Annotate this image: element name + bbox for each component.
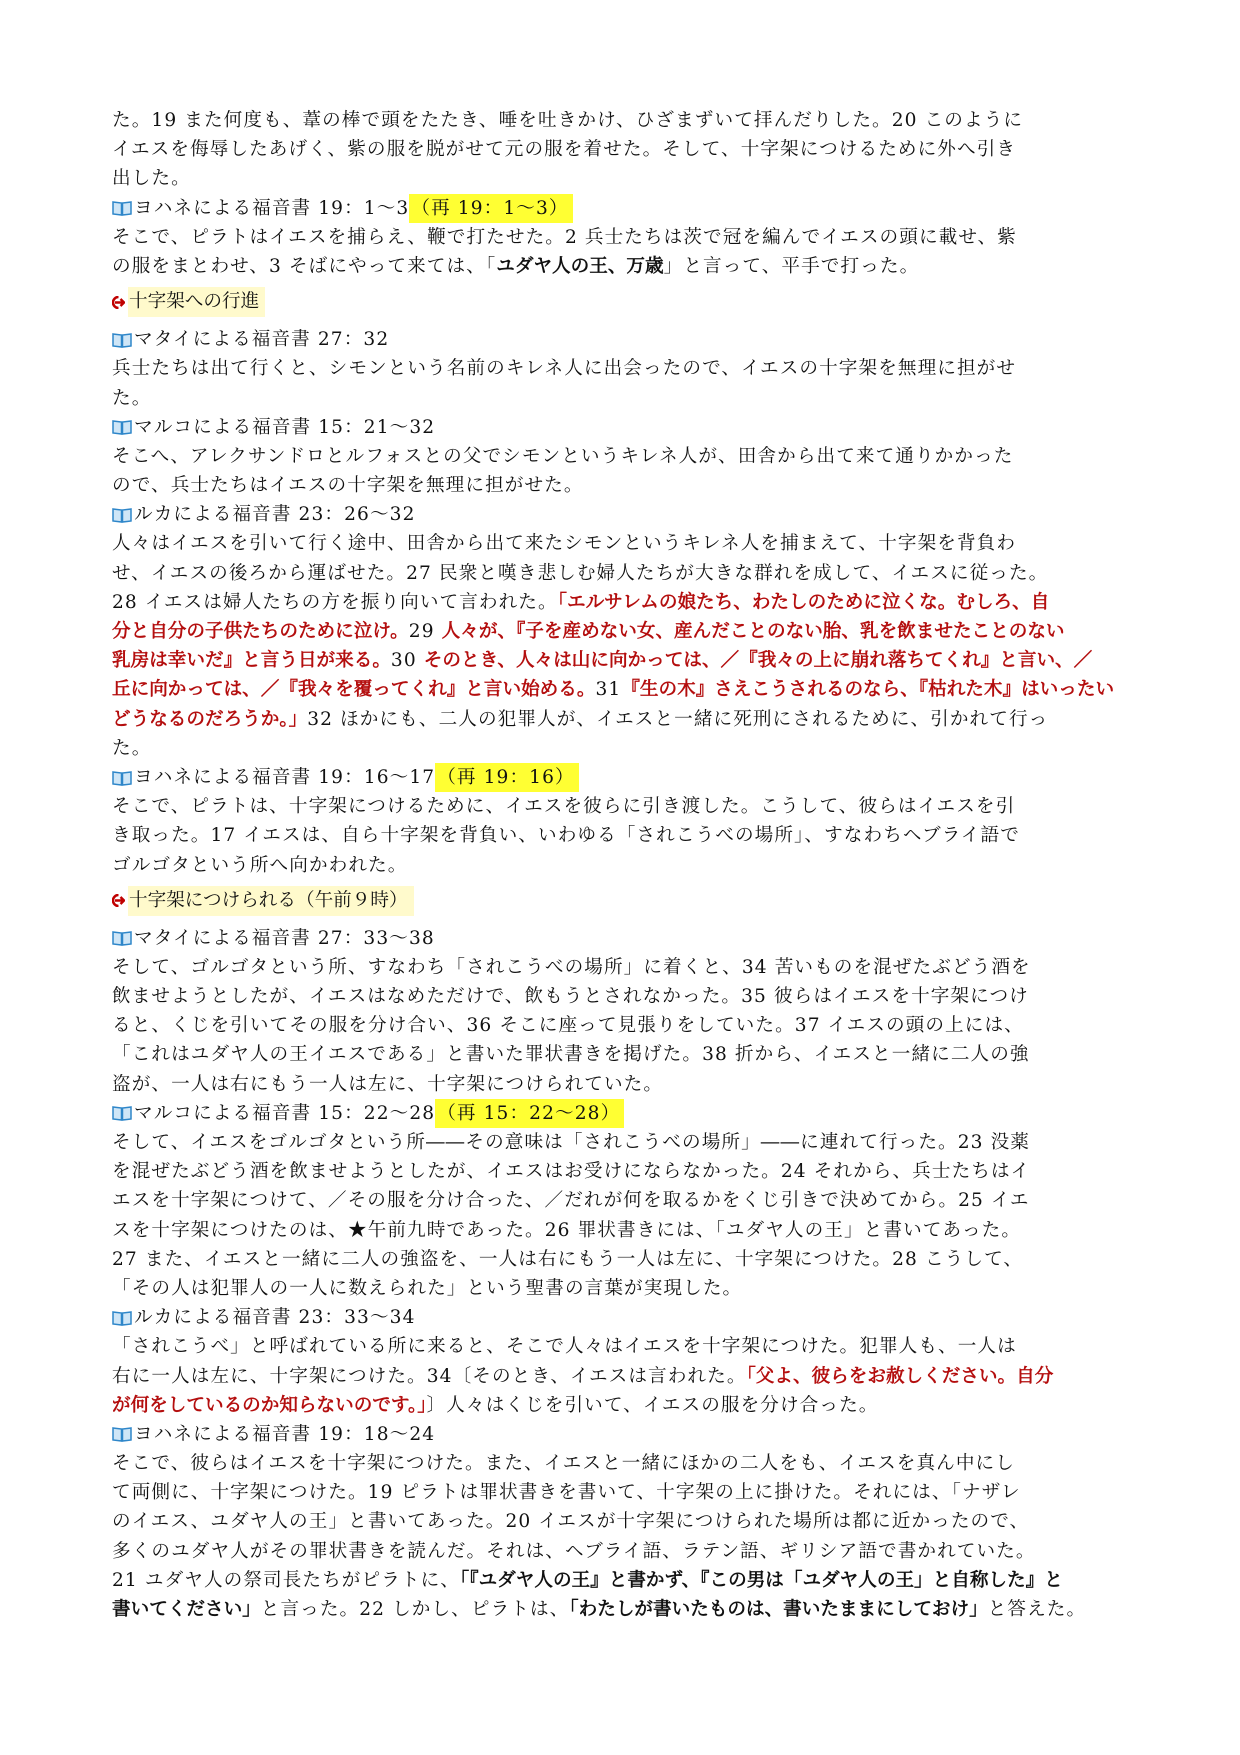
document-page: た。19 また何度も、葦の棒で頭をたたき、唾を吐きかけ、ひざまずいて拝んだりした… (112, 106, 1126, 1624)
text-line: き取った。17 イエスは、自ら十字架を背負い、いわゆる「されこうべの場所」、すな… (112, 821, 1126, 850)
text-line: 飲ませようとしたが、イエスはなめただけで、飲もうとされなかった。35 彼らはイエ… (112, 982, 1126, 1011)
text-line: どうなるのだろうか。」32 ほかにも、二人の犯罪人が、イエスと一緒に死刑にされる… (112, 705, 1126, 734)
jesus-words: 「エルサレムの娘たち、わたしのために泣くな。むしろ、自 (558, 592, 1050, 613)
open-book-icon (112, 200, 132, 216)
text-span: 〕人々はくじを引いて、イエスの服を分け合った。 (427, 1395, 879, 1416)
text-line: 分と自分の子供たちのために泣け。29 人々が、『子を産めない女、産んだことのない… (112, 617, 1126, 646)
text-line: 丘に向かっては、／『我々を覆ってくれ』と言い始める。31『生の木』さえこうされる… (112, 675, 1126, 704)
text-line: て両側に、十字架につけた。19 ピラトは罪状書きを書いて、十字架の上に掛けた。そ… (112, 1478, 1126, 1507)
text-line: 右に一人は左に、十字架につけた。34〔そのとき、イエスは言われた。「父よ、彼らを… (112, 1362, 1126, 1391)
text-span: 」と言って、平手で打った。 (664, 256, 920, 277)
text-line: 「これはユダヤ人の王イエスである」と書いた罪状書きを掲げた。38 折から、イエス… (112, 1040, 1126, 1069)
section-heading-procession: 十字架への行進 (112, 287, 1126, 317)
reference-label: ヨハネによる福音書 19：1～3 (134, 194, 409, 223)
reference-label: マルコによる福音書 15：21～32 (134, 413, 435, 442)
text-line: 人々はイエスを引いて行く途中、田舎から出て来たシモンというキレネ人を捕まえて、十… (112, 529, 1126, 558)
emphasis-text: 「わたしが書いたものは、書いたままにしておけ」 (569, 1599, 987, 1620)
reference-label: ヨハネによる福音書 19：18～24 (134, 1420, 435, 1449)
text-line: 盗が、一人は右にもう一人は左に、十字架につけられていた。 (112, 1070, 1126, 1099)
verse-number: 29 (409, 621, 442, 642)
passage-john-19-1: ヨハネによる福音書 19：1～3 （再 19：1～3） そこで、ピラトはイエスを… (112, 194, 1126, 282)
text-line: 兵士たちは出て行くと、シモンという名前のキレネ人に出会ったので、イエスの十字架を… (112, 354, 1126, 383)
reread-tag: （再 15：22～28） (435, 1099, 624, 1128)
open-book-icon (112, 507, 132, 523)
text-line: ので、兵士たちはイエスの十字架を無理に担がせた。 (112, 471, 1126, 500)
text-line: エスを十字架につけて、／その服を分け合った、／だれが何を取るかをくじ引きで決めて… (112, 1186, 1126, 1215)
passage-luke-23-26: ルカによる福音書 23：26～32 人々はイエスを引いて行く途中、田舎から出て来… (112, 500, 1126, 763)
jesus-words: そのとき、人々は山に向かっては、／『我々の上に崩れ落ちてくれ』と言い、／ (424, 650, 1092, 671)
verse-number: 31 (595, 679, 621, 700)
open-book-icon (112, 770, 132, 786)
open-book-icon (112, 332, 132, 348)
text-line: た。 (112, 734, 1126, 763)
emphasis-text: ユダヤ人の王、万歳 (496, 256, 663, 277)
passage-reference: ヨハネによる福音書 19：18～24 (112, 1420, 1126, 1449)
reference-label: マタイによる福音書 27：33～38 (134, 924, 435, 953)
jesus-words: どうなるのだろうか。」 (112, 709, 307, 730)
passage-matthew-27-32: マタイによる福音書 27：32 兵士たちは出て行くと、シモンという名前のキレネ人… (112, 325, 1126, 413)
text-line: 多くのユダヤ人がその罪状書きを読んだ。それは、ヘブライ語、ラテン語、ギリシア語で… (112, 1537, 1126, 1566)
text-line: そこへ、アレクサンドロとルフォスとの父でシモンというキレネ人が、田舎から出て来て… (112, 442, 1126, 471)
text-line: そして、ゴルゴタという所、すなわち「されこうべの場所」に着くと、34 苦いものを… (112, 953, 1126, 982)
passage-reference: ヨハネによる福音書 19：16～17 （再 19：16） (112, 763, 1126, 792)
passage-mark-15-21: マルコによる福音書 15：21～32 そこへ、アレクサンドロとルフォスとの父でシ… (112, 413, 1126, 501)
reference-label: マタイによる福音書 27：32 (134, 325, 389, 354)
passage-reference: マルコによる福音書 15：21～32 (112, 413, 1126, 442)
verse-number: 30 (391, 650, 424, 671)
text-line: そして、イエスをゴルゴタという所――その意味は「されこうべの場所」――に連れて行… (112, 1128, 1126, 1157)
text-line: 28 イエスは婦人たちの方を振り向いて言われた。「エルサレムの娘たち、わたしのた… (112, 588, 1126, 617)
text-span: と答えた。 (988, 1599, 1086, 1620)
open-book-icon (112, 1105, 132, 1121)
jesus-words: 「父よ、彼らをお赦しください。自分 (747, 1366, 1054, 1387)
text-line: ると、くじを引いてその服を分け合い、36 そこに座って見張りをしていた。37 イ… (112, 1011, 1126, 1040)
open-book-icon (112, 930, 132, 946)
passage-reference: ルカによる福音書 23：33～34 (112, 1303, 1126, 1332)
text-line: ゴルゴタという所へ向かわれた。 (112, 851, 1126, 880)
circled-arrow-icon (112, 894, 126, 907)
text-line: のイエス、ユダヤ人の王」と書いてあった。20 イエスが十字架につけられた場所は都… (112, 1507, 1126, 1536)
text-line: 乳房は幸いだ』と言う日が来る。30 そのとき、人々は山に向かっては、／『我々の上… (112, 646, 1126, 675)
text-line: そこで、彼らはイエスを十字架につけた。また、イエスと一緒にほかの二人をも、イエス… (112, 1449, 1126, 1478)
jesus-words: 丘に向かっては、／『我々を覆ってくれ』と言い始める。 (112, 679, 595, 700)
passage-reference: ルカによる福音書 23：26～32 (112, 500, 1126, 529)
emphasis-text: 書いてください」 (112, 1599, 261, 1620)
text-line: を混ぜたぶどう酒を飲ませようとしたが、イエスはお受けにならなかった。24 それか… (112, 1157, 1126, 1186)
text-line: 21 ユダヤ人の祭司長たちがピラトに、「『ユダヤ人の王』と書かず、『この男は「ユ… (112, 1566, 1126, 1595)
jesus-words: 『生の木』さえこうされるのなら、『枯れた木』はいったい (621, 679, 1114, 700)
text-line: 27 また、イエスと一緒に二人の強盗を、一人は右にもう一人は左に、十字架につけた… (112, 1245, 1126, 1274)
passage-mark-15-22: マルコによる福音書 15：22～28 （再 15：22～28） そして、イエスを… (112, 1099, 1126, 1303)
text-line: せ、イエスの後ろから運ばせた。27 民衆と嘆き悲しむ婦人たちが大きな群れを成して… (112, 559, 1126, 588)
text-line: そこで、ピラトは、十字架につけるために、イエスを彼らに引き渡した。こうして、彼ら… (112, 792, 1126, 821)
section-title: 十字架につけられる（午前９時） (128, 886, 414, 916)
text-span: と言った。22 しかし、ピラトは、 (261, 1599, 570, 1620)
passage-reference: マタイによる福音書 27：32 (112, 325, 1126, 354)
text-line: が何をしているのか知らないのです。」〕人々はくじを引いて、イエスの服を分け合った… (112, 1391, 1126, 1420)
passage-luke-23-33: ルカによる福音書 23：33～34 「されこうべ」と呼ばれている所に来ると、そこ… (112, 1303, 1126, 1420)
passage-reference: マルコによる福音書 15：22～28 （再 15：22～28） (112, 1099, 1126, 1128)
jesus-words: 乳房は幸いだ』と言う日が来る。 (112, 650, 391, 671)
text-line: 「されこうべ」と呼ばれている所に来ると、そこで人々はイエスを十字架につけた。犯罪… (112, 1332, 1126, 1361)
continuation-passage: た。19 また何度も、葦の棒で頭をたたき、唾を吐きかけ、ひざまずいて拝んだりした… (112, 106, 1126, 194)
text-line: イエスを侮辱したあげく、紫の服を脱がせて元の服を着せた。そして、十字架につけるた… (112, 135, 1126, 164)
reference-label: マルコによる福音書 15：22～28 (134, 1099, 435, 1128)
passage-reference: マタイによる福音書 27：33～38 (112, 924, 1126, 953)
text-span: 右に一人は左に、十字架につけた。34〔そのとき、イエスは言われた。 (112, 1366, 747, 1387)
text-span: の服をまとわせ、3 そばにやって来ては、「 (112, 256, 496, 277)
section-heading-crucifixion: 十字架につけられる（午前９時） (112, 886, 1126, 916)
text-line: の服をまとわせ、3 そばにやって来ては、「ユダヤ人の王、万歳」と言って、平手で打… (112, 252, 1126, 281)
text-span: 28 イエスは婦人たちの方を振り向いて言われた。 (112, 592, 558, 613)
circled-arrow-icon (112, 296, 126, 309)
jesus-words: 人々が、『子を産めない女、産んだことのない胎、乳を飲ませたことのない (442, 621, 1065, 642)
reread-tag: （再 19：1～3） (409, 194, 572, 223)
reference-label: ルカによる福音書 23：26～32 (134, 500, 416, 529)
emphasis-text: 「『ユダヤ人の王』と書かず、『この男は「ユダヤ人の王」と自称した』と (460, 1570, 1063, 1591)
passage-john-19-16: ヨハネによる福音書 19：16～17 （再 19：16） そこで、ピラトは、十字… (112, 763, 1126, 880)
text-line: 「その人は犯罪人の一人に数えられた」という聖書の言葉が実現した。 (112, 1274, 1126, 1303)
text-line: スを十字架につけたのは、★午前九時であった。26 罪状書きには、「ユダヤ人の王」… (112, 1216, 1126, 1245)
reread-tag: （再 19：16） (435, 763, 579, 792)
passage-matthew-27-33: マタイによる福音書 27：33～38 そして、ゴルゴタという所、すなわち「されこ… (112, 924, 1126, 1099)
text-span: 32 ほかにも、二人の犯罪人が、イエスと一緒に死刑にされるために、引かれて行っ (307, 709, 1048, 730)
jesus-words: 分と自分の子供たちのために泣け。 (112, 621, 409, 642)
text-span: 21 ユダヤ人の祭司長たちがピラトに、 (112, 1570, 460, 1591)
text-line: そこで、ピラトはイエスを捕らえ、鞭で打たせた。2 兵士たちは茨で冠を編んでイエス… (112, 223, 1126, 252)
jesus-words: が何をしているのか知らないのです。」 (112, 1395, 427, 1416)
open-book-icon (112, 1426, 132, 1442)
text-line: た。19 また何度も、葦の棒で頭をたたき、唾を吐きかけ、ひざまずいて拝んだりした… (112, 106, 1126, 135)
text-line: 出した。 (112, 164, 1126, 193)
reference-label: ヨハネによる福音書 19：16～17 (134, 763, 435, 792)
text-line: た。 (112, 384, 1126, 413)
open-book-icon (112, 419, 132, 435)
passage-reference: ヨハネによる福音書 19：1～3 （再 19：1～3） (112, 194, 1126, 223)
section-title: 十字架への行進 (128, 287, 265, 317)
passage-john-19-18: ヨハネによる福音書 19：18～24 そこで、彼らはイエスを十字架につけた。また… (112, 1420, 1126, 1624)
reference-label: ルカによる福音書 23：33～34 (134, 1303, 416, 1332)
open-book-icon (112, 1310, 132, 1326)
text-line: 書いてください」と言った。22 しかし、ピラトは、「わたしが書いたものは、書いた… (112, 1595, 1126, 1624)
